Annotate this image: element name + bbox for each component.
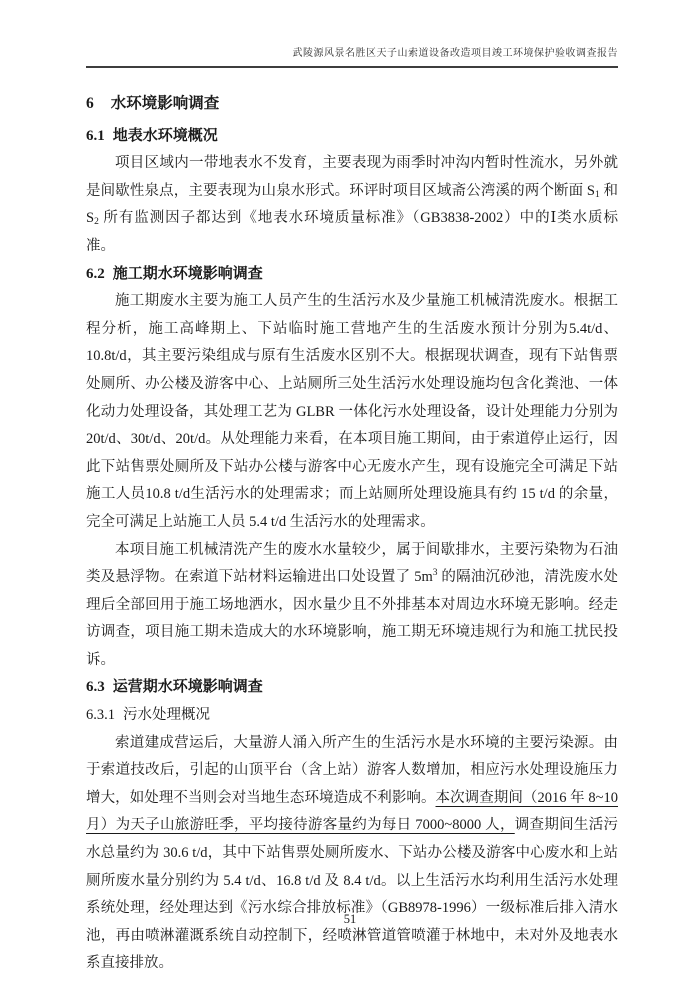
paragraph: 项目区域内一带地表水不发育，主要表现为雨季时冲沟内暂时性流水，另外就是间歇性泉点… xyxy=(86,150,618,260)
page-number: 51 xyxy=(0,912,700,927)
heading-number: 6.2 xyxy=(86,266,105,282)
text-segment: 调查期间生活污水总量约为 30.6 t/d，其中下站售票处厕所废水、下站办公楼及… xyxy=(86,817,618,971)
document-body: 6水环境影响调查6.1地表水环境概况项目区域内一带地表水不发育，主要表现为雨季时… xyxy=(86,84,618,978)
heading-title: 运营期水环境影响调查 xyxy=(113,679,263,695)
paragraph: 施工期废水主要为施工人员产生的生活污水及少量施工机械清洗废水。根据工程分析，施工… xyxy=(86,288,618,536)
section-heading-6.3.1: 6.3.1污水处理概况 xyxy=(86,702,618,730)
heading-title: 施工期水环境影响调查 xyxy=(113,266,263,282)
text-segment: 施工期废水主要为施工人员产生的生活污水及少量施工机械清洗废水。根据工程分析，施工… xyxy=(86,293,618,530)
section-heading-6.3: 6.3运营期水环境影响调查 xyxy=(86,674,618,702)
heading-number: 6 xyxy=(86,95,94,112)
heading-title: 污水处理概况 xyxy=(123,707,210,723)
section-heading-6.2: 6.2施工期水环境影响调查 xyxy=(86,261,618,289)
header-rule xyxy=(86,66,618,68)
running-header: 武陵源风景名胜区天子山索道设备改造项目竣工环境保护验收调查报告 xyxy=(86,44,618,59)
heading-number: 6.1 xyxy=(86,128,105,144)
heading-number: 6.3.1 xyxy=(86,707,115,723)
text-segment: 项目区域内一带地表水不发育，主要表现为雨季时冲沟内暂时性流水，另外就是间歇性泉点… xyxy=(86,155,618,199)
document-page: 武陵源风景名胜区天子山索道设备改造项目竣工环境保护验收调查报告 6水环境影响调查… xyxy=(0,0,700,990)
text-segment: 所有监测因子都达到《地表水环境质量标准》（GB3838-2002）中的Ⅰ类水质标… xyxy=(86,210,618,254)
heading-title: 地表水环境概况 xyxy=(113,128,218,144)
section-heading-6: 6水环境影响调查 xyxy=(86,90,618,118)
section-heading-6.1: 6.1地表水环境概况 xyxy=(86,123,618,151)
heading-title: 水环境影响调查 xyxy=(111,95,220,112)
heading-number: 6.3 xyxy=(86,679,105,695)
paragraph: 本项目施工机械清洗产生的废水水量较少，属于间歇排水，主要污染物为石油类及悬浮物。… xyxy=(86,537,618,675)
paragraph: 索道建成营运后，大量游人涌入所产生的生活污水是水环境的主要污染源。由于索道技改后… xyxy=(86,730,618,978)
